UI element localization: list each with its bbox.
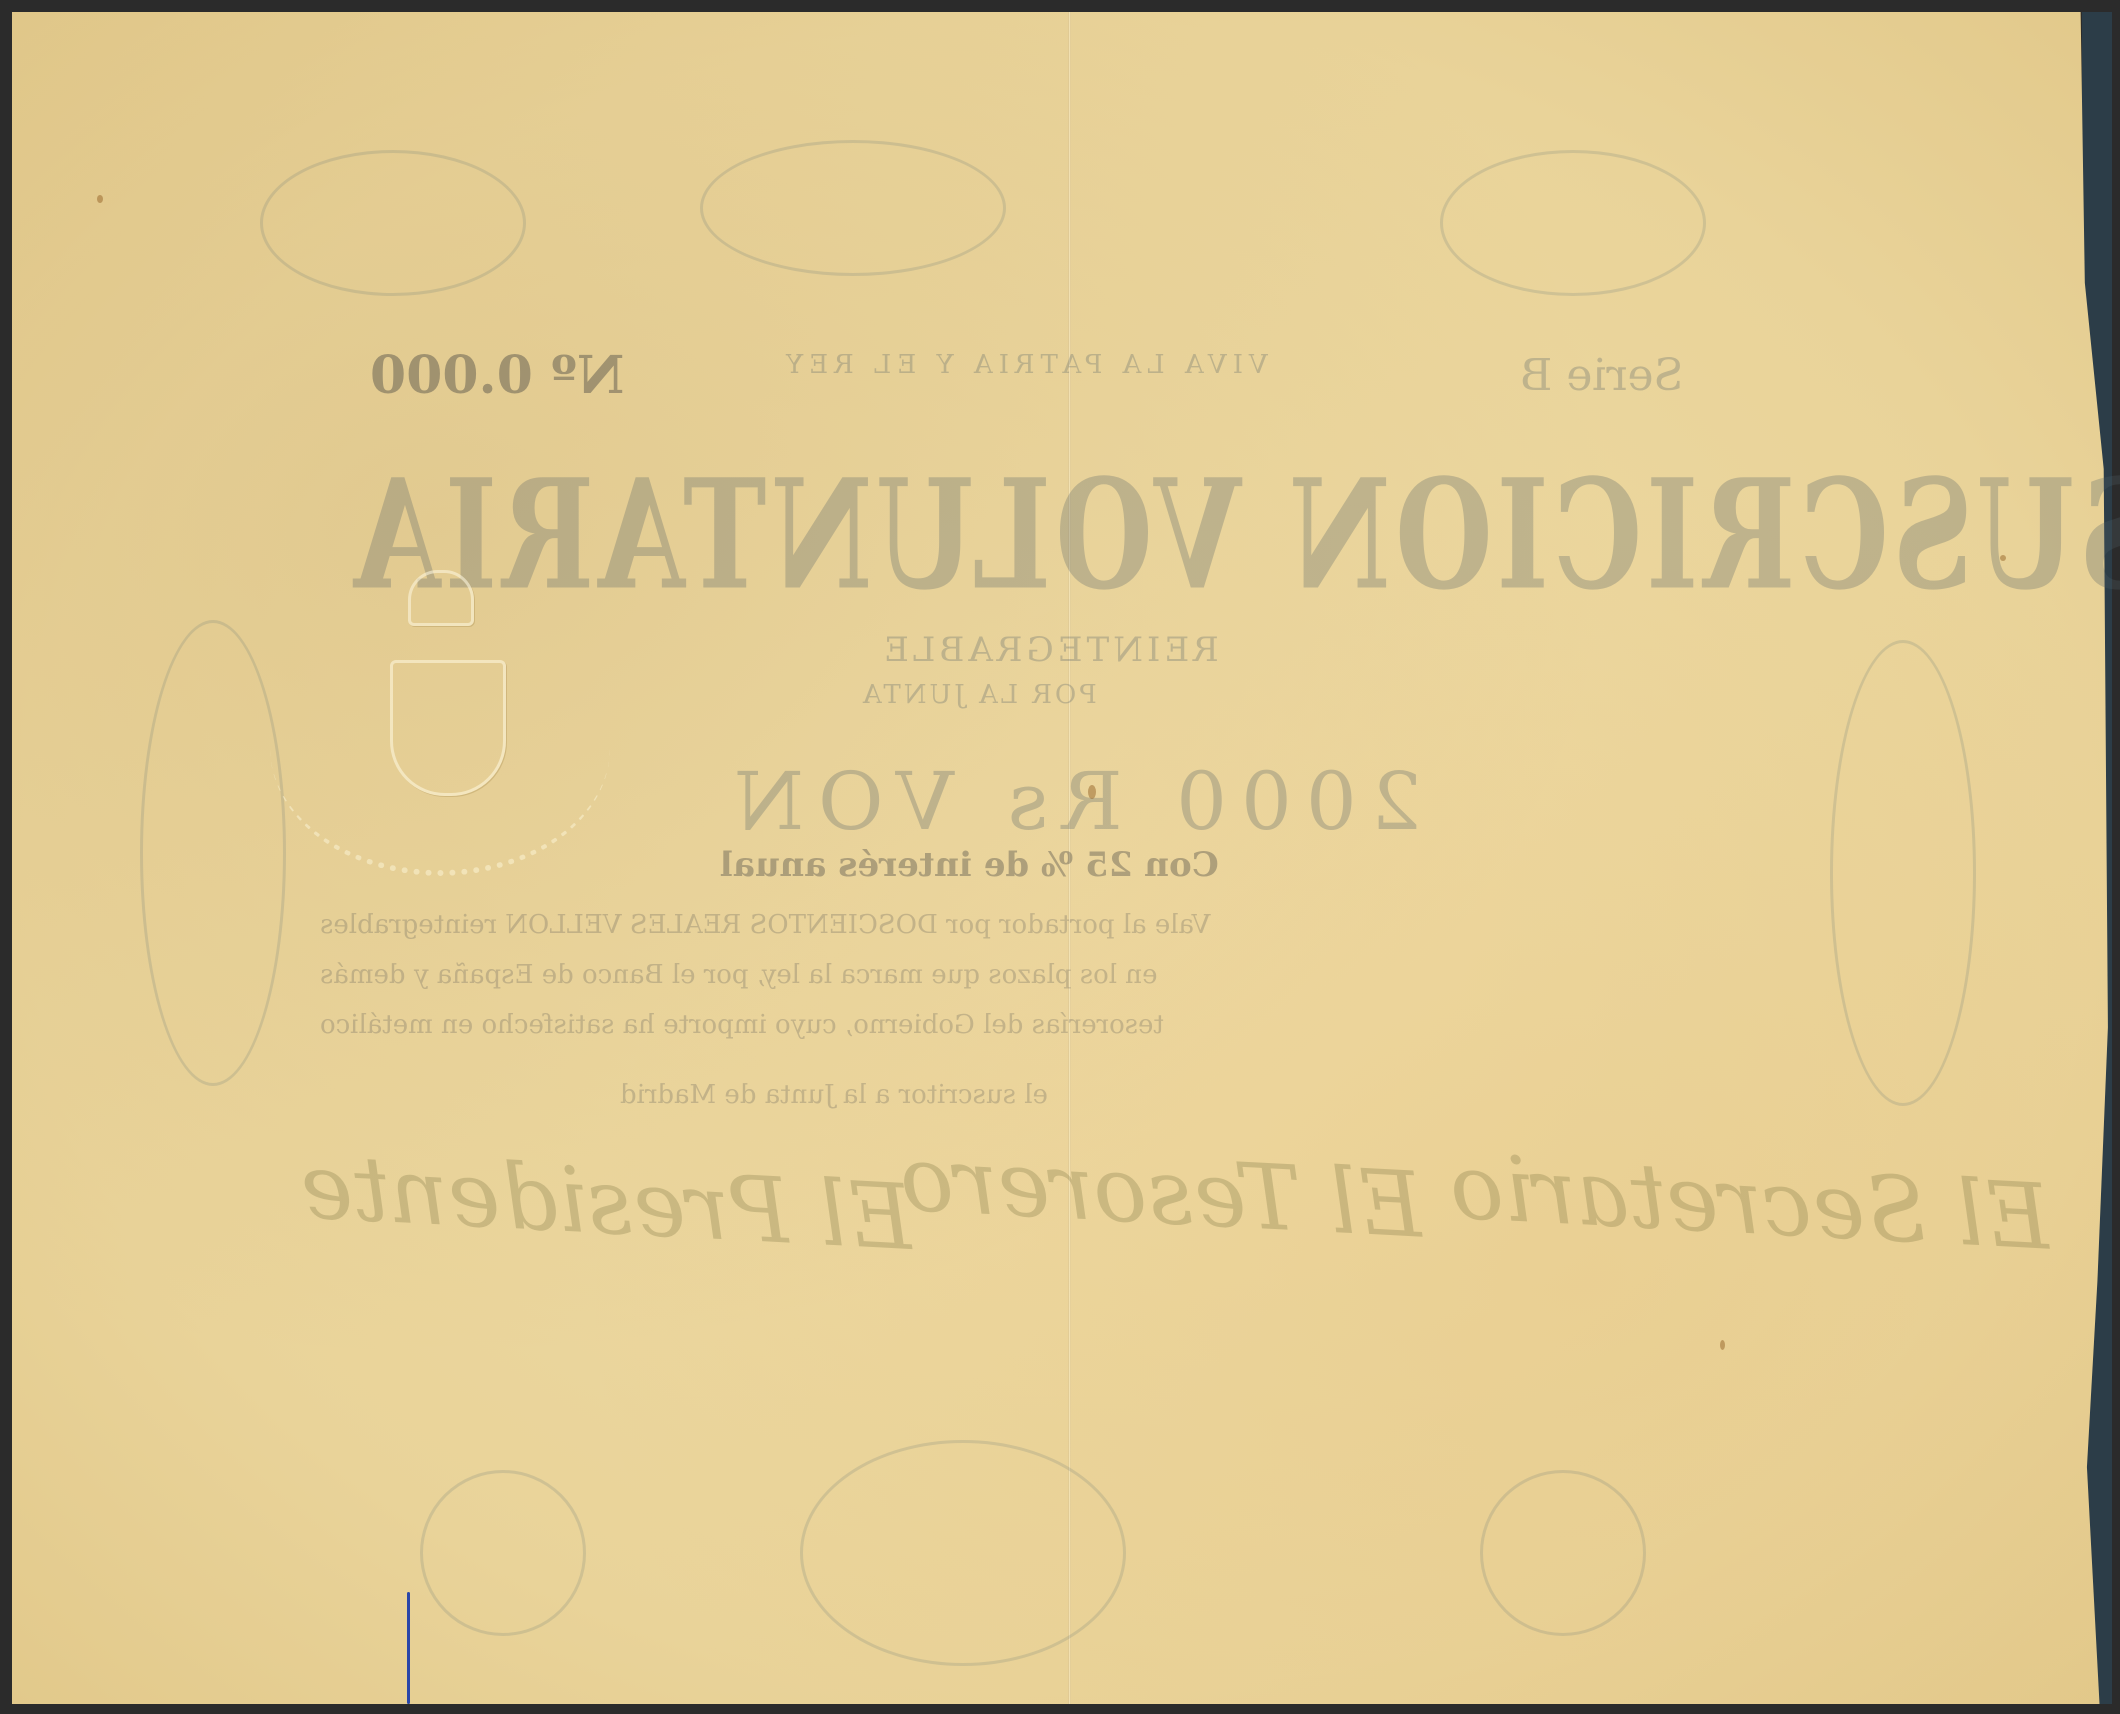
- body-line-4: el suscritor a la Junta de Madrid: [620, 1080, 1048, 1110]
- top-ornament-right: [1440, 150, 1706, 296]
- title: SUSCRICION VOLUNTARIA: [350, 447, 2120, 624]
- motto: VIVA LA PATRIA Y EL REY: [780, 350, 1268, 380]
- bottom-ornament-left: [420, 1470, 586, 1636]
- foxing-spot: [1720, 1340, 1725, 1350]
- body-line-1: Vale al portador por DOSCIENTOS REALES V…: [320, 910, 1210, 940]
- side-oval-left: [140, 620, 286, 1086]
- subtitle: POR LA JUNTA: [860, 680, 1097, 710]
- body-line-3: tesorerías del Gobierno, cuyo importe ha…: [320, 1010, 1164, 1040]
- foxing-spot: [97, 195, 103, 203]
- reintegrable-label: REINTEGRABLE: [880, 630, 1219, 670]
- serie-label: Serie B: [1520, 350, 1684, 401]
- serial-number: Nº 0.000: [370, 345, 624, 406]
- bottom-oval-center: [800, 1440, 1126, 1666]
- interest-line: Con 25 % de interés anual: [720, 845, 1219, 885]
- bottom-ornament-right: [1480, 1470, 1646, 1636]
- body-line-2: en los plazos que marca la ley, por el B…: [320, 960, 1157, 990]
- foxing-spot: [1088, 785, 1096, 799]
- top-ornament-left: [260, 150, 526, 296]
- top-ornament-center: [700, 140, 1006, 276]
- side-oval-right: [1830, 640, 1976, 1106]
- amount: 2000 Rs VON: [720, 755, 1422, 848]
- embossed-seal: [290, 560, 590, 860]
- crown-icon: [408, 570, 474, 626]
- blue-pen-mark: [407, 1592, 410, 1704]
- seal-ring: [270, 620, 610, 876]
- foxing-spot: [2000, 555, 2006, 561]
